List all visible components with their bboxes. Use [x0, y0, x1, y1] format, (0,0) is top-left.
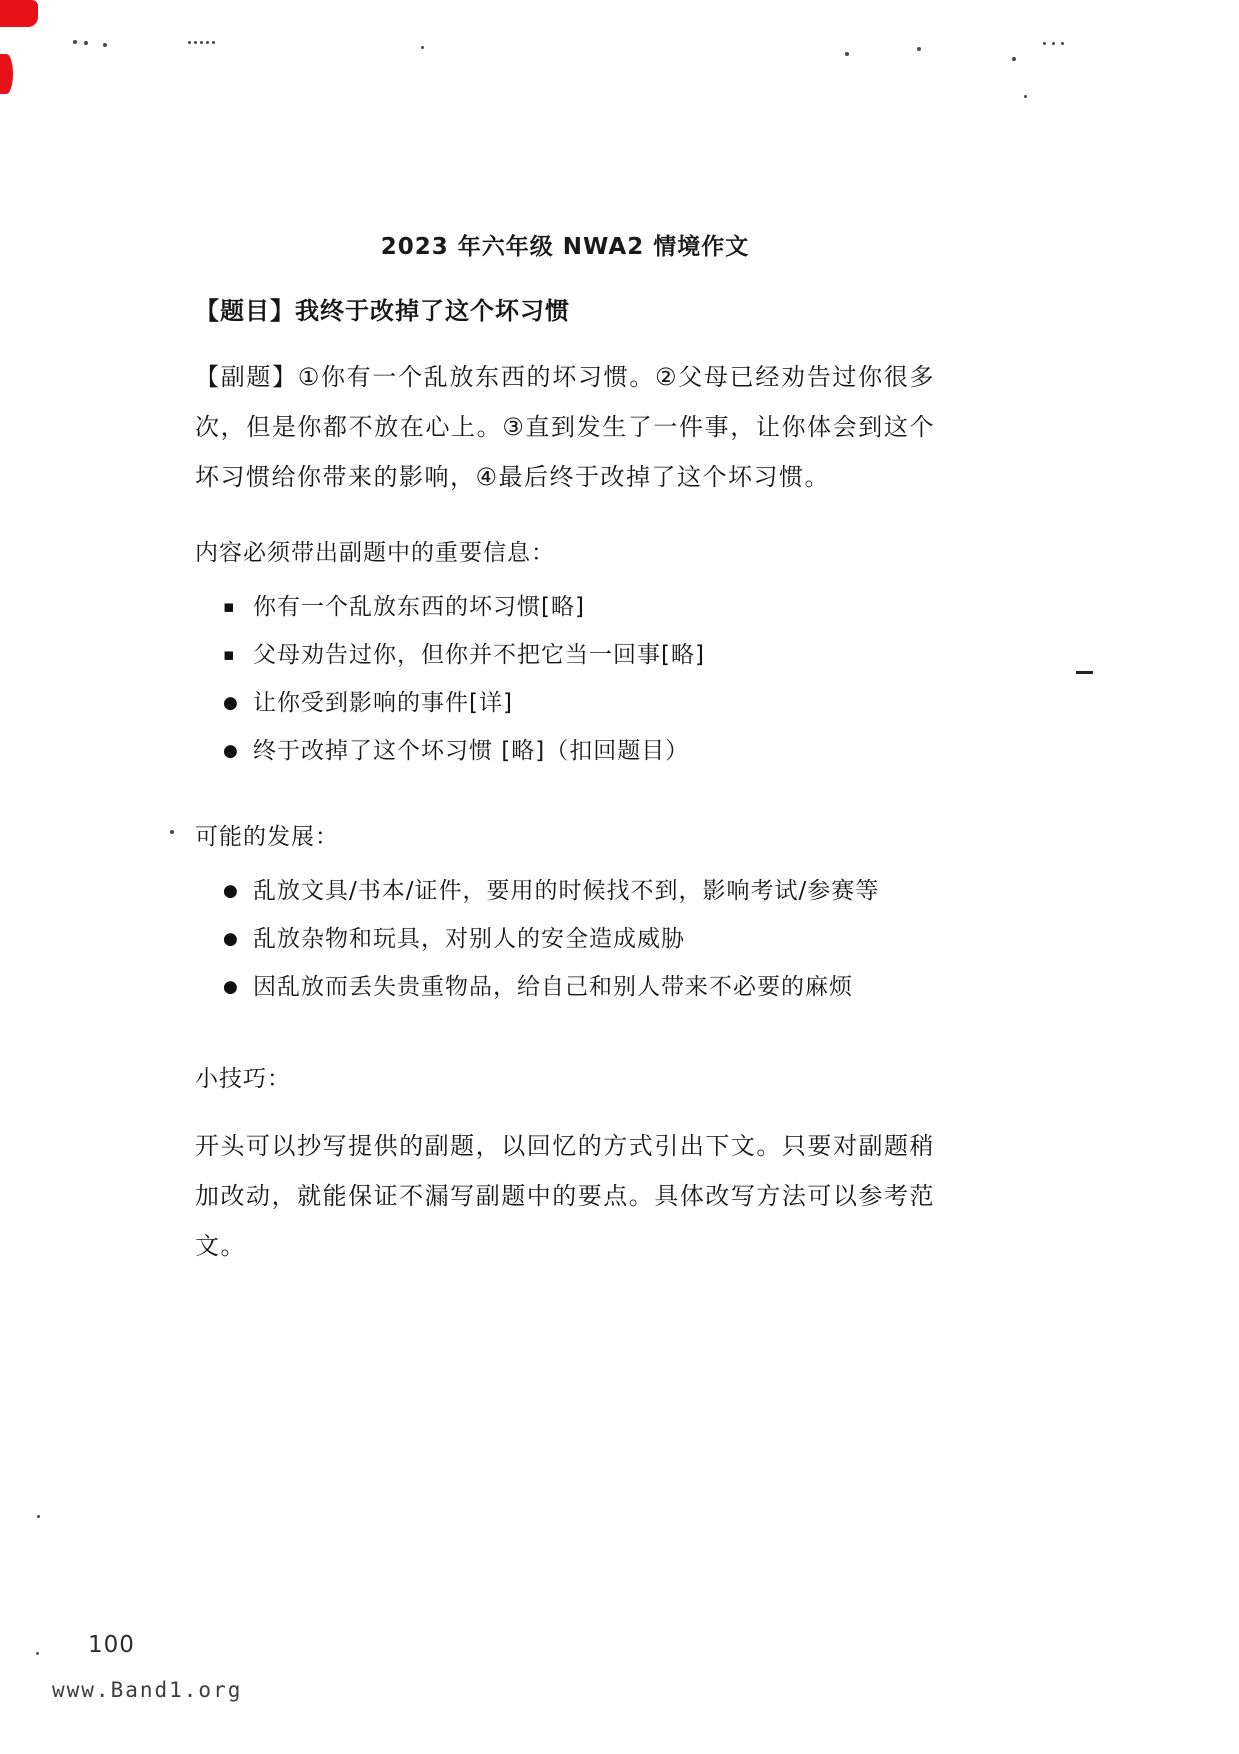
circle-bullet-icon: ● [223, 877, 253, 906]
subtopic-paragraph: 【副题】①你有一个乱放东西的坏习惯。②父母已经劝告过你很多次，但是你都不放在心上… [195, 352, 935, 502]
document-content: 2023 年六年级 NWA2 情境作文 【题目】我终于改掉了这个坏习惯 【副题】… [195, 228, 935, 1271]
scan-speck [37, 1515, 40, 1518]
list-item-text: 父母劝告过你，但你并不把它当一回事[略] [253, 641, 705, 670]
scan-speck [103, 43, 107, 47]
scan-speck [212, 41, 215, 44]
scan-speck [1012, 57, 1016, 61]
requirements-list: ▪ 你有一个乱放东西的坏习惯[略] ▪ 父母劝告过你，但你并不把它当一回事[略]… [195, 593, 935, 766]
list-item: ▪ 你有一个乱放东西的坏习惯[略] [223, 593, 935, 622]
red-scan-mark-top-left [0, 0, 38, 27]
list-item-text: 乱放文具/书本/证件，要用的时候找不到，影响考试/参赛等 [253, 877, 879, 906]
scan-speck [84, 41, 88, 45]
tips-heading: 小技巧： [195, 1060, 935, 1093]
list-item-text: 让你受到影响的事件[详] [253, 689, 513, 718]
scan-speck [170, 830, 174, 834]
list-item: ● 让你受到影响的事件[详] [223, 689, 935, 718]
circle-bullet-icon: ● [223, 689, 253, 718]
page-title: 2023 年六年级 NWA2 情境作文 [195, 228, 935, 261]
square-bullet-icon: ▪ [223, 593, 253, 622]
tips-paragraph: 开头可以抄写提供的副题，以回忆的方式引出下文。只要对副题稍加改动，就能保证不漏写… [195, 1121, 935, 1271]
scan-speck [200, 41, 203, 44]
page-number: 100 [88, 1632, 135, 1658]
scan-speck [73, 40, 77, 44]
list-item: ● 乱放文具/书本/证件，要用的时候找不到，影响考试/参赛等 [223, 877, 935, 906]
list-item: ● 乱放杂物和玩具，对别人的安全造成威胁 [223, 925, 935, 954]
list-item-text: 乱放杂物和玩具，对别人的安全造成威胁 [253, 925, 685, 954]
watermark-url: www.Band1.org [52, 1678, 242, 1702]
scan-speck [1061, 42, 1064, 45]
scan-speck [845, 52, 849, 56]
scan-dash-mark [1076, 671, 1093, 674]
developments-list: ● 乱放文具/书本/证件，要用的时候找不到，影响考试/参赛等 ● 乱放杂物和玩具… [195, 877, 935, 1002]
scan-speck [1052, 42, 1055, 45]
list-item: ▪ 父母劝告过你，但你并不把它当一回事[略] [223, 641, 935, 670]
circle-bullet-icon: ● [223, 973, 253, 1002]
scan-speck [206, 41, 209, 44]
scan-speck [1043, 42, 1046, 45]
list-item-text: 终于改掉了这个坏习惯 [略]（扣回题目） [253, 737, 689, 766]
scan-speck [917, 47, 921, 51]
scan-speck [188, 41, 191, 44]
circle-bullet-icon: ● [223, 737, 253, 766]
list-item-text: 因乱放而丢失贵重物品，给自己和别人带来不必要的麻烦 [253, 973, 853, 1002]
scan-speck [421, 46, 424, 49]
red-scan-mark-left-edge [0, 54, 13, 94]
topic-line: 【题目】我终于改掉了这个坏习惯 [195, 291, 935, 326]
developments-heading: 可能的发展： [195, 818, 935, 851]
list-item-text: 你有一个乱放东西的坏习惯[略] [253, 593, 585, 622]
requirements-heading: 内容必须带出副题中的重要信息： [195, 534, 935, 567]
scan-speck [1024, 95, 1027, 98]
scan-speck [194, 41, 197, 44]
circle-bullet-icon: ● [223, 925, 253, 954]
list-item: ● 终于改掉了这个坏习惯 [略]（扣回题目） [223, 737, 935, 766]
square-bullet-icon: ▪ [223, 641, 253, 670]
list-item: ● 因乱放而丢失贵重物品，给自己和别人带来不必要的麻烦 [223, 973, 935, 1002]
scanned-document-page: 2023 年六年级 NWA2 情境作文 【题目】我终于改掉了这个坏习惯 【副题】… [0, 0, 1239, 1754]
